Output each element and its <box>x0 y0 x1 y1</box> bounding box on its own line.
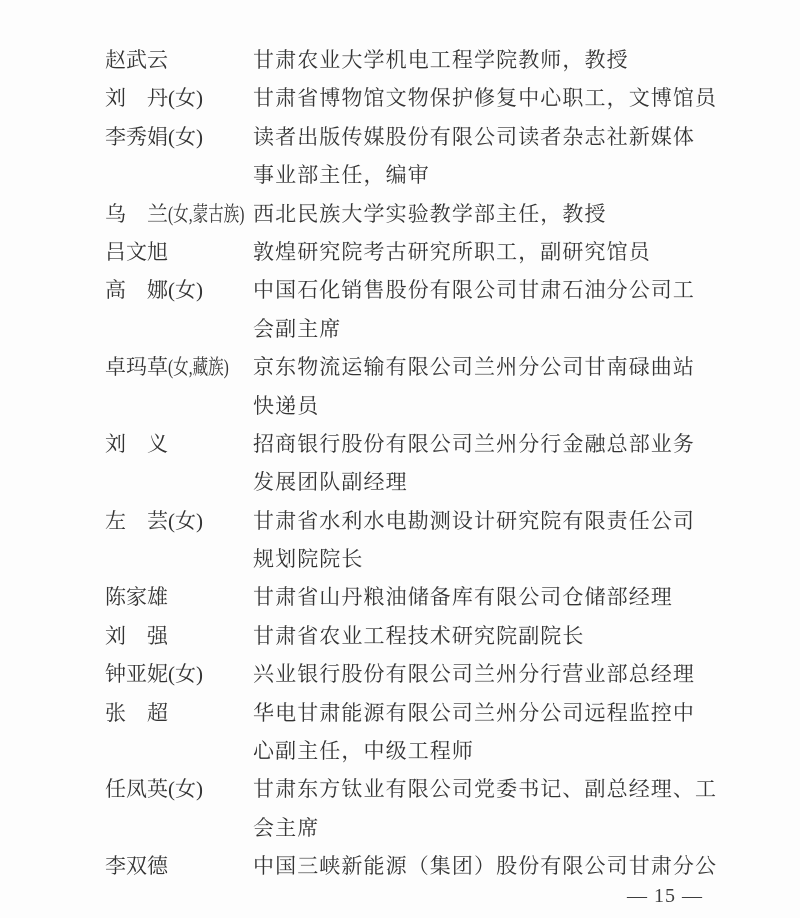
person-position-line: 甘肃省山丹粮油储备库有限公司仓储部经理 <box>253 578 673 616</box>
list-item: 陈家雄 甘肃省山丹粮油储备库有限公司仓储部经理 <box>105 578 800 616</box>
person-position-line: 读者出版传媒股份有限公司读者杂志社新媒体 <box>253 118 695 156</box>
person-name: 刘 丹 <box>105 86 168 110</box>
person-gender-tag: (女) <box>168 125 203 149</box>
person-name: 李双德 <box>105 847 253 885</box>
person-gender-tag: (女) <box>168 86 203 110</box>
person-name: 张 超 <box>105 694 253 732</box>
list-item: 乌 兰(女,蒙古族) 西北民族大学实验教学部主任，教授 <box>105 195 800 233</box>
person-position-line: 甘肃省水利水电勘测设计研究院有限责任公司 <box>253 502 695 540</box>
list-item: 刘 丹(女) 甘肃省博物馆文物保护修复中心职工，文博馆员 <box>105 79 800 117</box>
person-position-line: 规划院院长 <box>253 540 695 578</box>
person-position-line: 中国石化销售股份有限公司甘肃石油分公司工 <box>253 271 695 309</box>
person-position-line: 甘肃农业大学机电工程学院教师，教授 <box>253 41 629 79</box>
person-gender-tag: (女) <box>168 278 203 302</box>
person-name: 卓玛草 <box>105 355 168 379</box>
list-item: 吕文旭 敦煌研究院考古研究所职工，副研究馆员 <box>105 233 800 271</box>
person-position-line: 甘肃东方钛业有限公司党委书记、副总经理、工 <box>253 770 713 808</box>
person-position-line: 京东物流运输有限公司兰州分公司甘南碌曲站 <box>253 348 695 386</box>
list-item: 刘 强 甘肃省农业工程技术研究院副院长 <box>105 617 800 655</box>
page-number: — 15 — <box>627 884 703 908</box>
person-position-line: 兴业银行股份有限公司兰州分行营业部总经理 <box>253 655 695 693</box>
person-gender-tag: (女) <box>168 509 203 533</box>
person-name: 刘 强 <box>105 617 253 655</box>
person-name: 吕文旭 <box>105 233 253 271</box>
person-position-line: 华电甘肃能源有限公司兰州分公司远程监控中 <box>253 694 695 732</box>
person-gender-tag: (女) <box>168 662 203 686</box>
person-position-line: 甘肃省农业工程技术研究院副院长 <box>253 617 585 655</box>
person-name: 陈家雄 <box>105 578 253 616</box>
list-item: 张 超 华电甘肃能源有限公司兰州分公司远程监控中 心副主任，中级工程师 <box>105 694 800 771</box>
person-position-line: 中国三峡新能源（集团）股份有限公司甘肃分公 <box>253 847 713 885</box>
person-name: 李秀娟 <box>105 125 168 149</box>
person-position-line: 招商银行股份有限公司兰州分行金融总部业务 <box>253 425 695 463</box>
person-position-line: 快递员 <box>253 387 695 425</box>
person-position-line: 甘肃省博物馆文物保护修复中心职工，文博馆员 <box>253 79 713 117</box>
person-position-line: 会主席 <box>253 809 713 847</box>
person-position-line: 发展团队副经理 <box>253 463 695 501</box>
list-item: 李秀娟(女) 读者出版传媒股份有限公司读者杂志社新媒体 事业部主任，编审 <box>105 118 800 195</box>
list-item: 左 芸(女) 甘肃省水利水电勘测设计研究院有限责任公司 规划院院长 <box>105 502 800 579</box>
person-position-line: 心副主任，中级工程师 <box>253 732 695 770</box>
document-page: 赵武云 甘肃农业大学机电工程学院教师，教授 刘 丹(女) 甘肃省博物馆文物保护修… <box>0 0 800 918</box>
list-item: 赵武云 甘肃农业大学机电工程学院教师，教授 <box>105 41 800 79</box>
person-name: 赵武云 <box>105 41 253 79</box>
person-name: 刘 义 <box>105 425 253 463</box>
list-item: 刘 义 招商银行股份有限公司兰州分行金融总部业务 发展团队副经理 <box>105 425 800 502</box>
person-position-line: 事业部主任，编审 <box>253 156 695 194</box>
person-name: 左 芸 <box>105 509 168 533</box>
person-gender-ethnic-tag: (女,藏族) <box>168 348 229 386</box>
person-name: 高 娜 <box>105 278 168 302</box>
person-position-line: 会副主席 <box>253 310 695 348</box>
person-name: 钟亚妮 <box>105 662 168 686</box>
list-item: 高 娜(女) 中国石化销售股份有限公司甘肃石油分公司工 会副主席 <box>105 271 800 348</box>
list-item: 卓玛草(女,藏族) 京东物流运输有限公司兰州分公司甘南碌曲站 快递员 <box>105 348 800 425</box>
person-position-line: 敦煌研究院考古研究所职工，副研究馆员 <box>253 233 651 271</box>
person-position-line: 西北民族大学实验教学部主任，教授 <box>253 195 607 233</box>
honoree-roster: 赵武云 甘肃农业大学机电工程学院教师，教授 刘 丹(女) 甘肃省博物馆文物保护修… <box>0 0 800 886</box>
list-item: 李双德 中国三峡新能源（集团）股份有限公司甘肃分公 <box>105 847 800 885</box>
list-item: 任凤英(女) 甘肃东方钛业有限公司党委书记、副总经理、工 会主席 <box>105 770 800 847</box>
person-name: 任凤英 <box>105 777 168 801</box>
person-name: 乌 兰 <box>105 202 168 226</box>
person-gender-tag: (女) <box>168 777 203 801</box>
list-item: 钟亚妮(女) 兴业银行股份有限公司兰州分行营业部总经理 <box>105 655 800 693</box>
person-gender-ethnic-tag: (女,蒙古族) <box>168 195 244 233</box>
